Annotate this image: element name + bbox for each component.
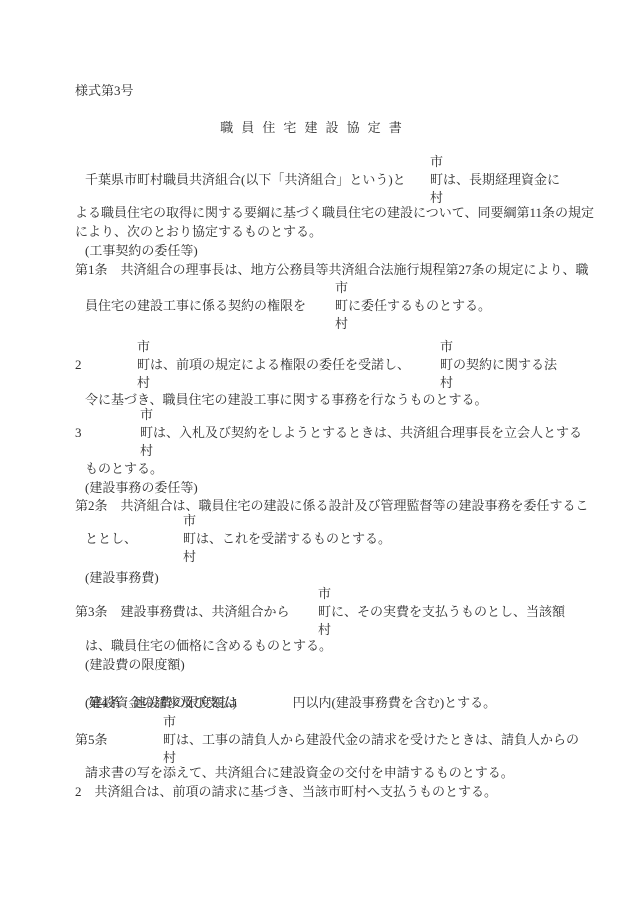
article-1-para-2: 2 市 町 村 は、前項の規定による権限の委任を受諾し、 市 町 村 の契約に関… [0,338,630,392]
municipality-option-cho: 町 [335,297,348,315]
preamble-line-2: よる職員住宅の取得に関する要綱に基づく職員住宅の建設について、同要綱第11条の規… [75,203,594,222]
paragraph-number: 3 [75,424,82,442]
article-4-text-cont: 円以内(建設事務費を含む)とする。 [293,695,497,710]
municipality-option-cho: 町 [163,731,176,749]
municipality-option-son: 村 [183,548,196,566]
municipality-selector: 市 町 村 [183,512,196,566]
municipality-option-shi: 市 [335,279,348,297]
article-3-text: 第3条 建設事務費は、共済組合から [75,603,290,621]
article-3-text-cont: に、その実費を支払うものとし、当該額 [331,603,565,621]
article-1-para-3-text: は、入札及び契約をしようとするときは、共済組合理事長を立会人とする [153,424,582,442]
municipality-option-shi: 市 [430,153,443,171]
article-1-para-2-text-cont: の契約に関する法 [453,356,557,374]
article-2-text: ととし、 [85,530,137,548]
article-1-text: 員住宅の建設工事に係る契約の権限を [85,297,306,315]
article-5-heading: (建設資金の請求及び支払) [85,693,237,712]
article-2-line-2: ととし、 市 町 村 は、これを受諾するものとする。 [0,512,630,566]
article-4-heading: (建設費の限度額) [85,655,185,674]
document-page: 様式第3号 職員住宅建設協定書 千葉県市町村職員共済組合(以下「共済組合」という… [0,0,630,915]
preamble-line-1: 千葉県市町村職員共済組合(以下「共済組合」という)と 市 町 村 は、長期経理資… [0,153,630,207]
municipality-option-cho: 町 [140,424,153,442]
paragraph-number: 2 [75,356,82,374]
municipality-selector: 市 町 村 [440,338,453,392]
article-3-line-1: 第3条 建設事務費は、共済組合から 市 町 村 に、その実費を支払うものとし、当… [0,585,630,639]
article-1-para-2-text: は、前項の規定による権限の委任を受諾し、 [150,356,410,374]
preamble-text: 千葉県市町村職員共済組合(以下「共済組合」という)と [85,171,406,189]
municipality-selector: 市 町 村 [335,279,348,333]
form-number: 様式第3号 [75,81,134,100]
municipality-option-cho: 町 [318,603,331,621]
municipality-option-shi: 市 [137,338,150,356]
municipality-selector: 市 町 村 [137,338,150,392]
article-5-line-1: 第5条 市 町 村 は、工事の請負人から建設代金の請求を受けたときは、請負人から… [0,713,630,767]
article-3-line-2: は、職員住宅の価格に含めるものとする。 [85,636,332,655]
article-1-para-3-line-2: ものとする。 [85,459,163,478]
municipality-option-shi: 市 [318,585,331,603]
article-1-line-2: 員住宅の建設工事に係る契約の権限を 市 町 村 に委任するものとする。 [0,279,630,333]
municipality-selector: 市 町 村 [318,585,331,639]
preamble-line-3: により、次のとおり協定するものとする。 [75,222,322,241]
article-1-line-1: 第1条 共済組合の理事長は、地方公務員等共済組合法施行規程第27条の規定により、… [75,260,589,279]
article-5-para-2: 2 共済組合は、前項の請求に基づき、当該市町村へ支払うものとする。 [75,782,497,801]
municipality-option-son: 村 [335,315,348,333]
article-5-number: 第5条 [75,731,108,749]
municipality-option-cho: 町 [137,356,150,374]
article-5-line-2: 請求書の写を添えて、共済組合に建設資金の交付を申請するものとする。 [85,763,514,782]
article-1-text-cont: に委任するものとする。 [348,297,491,315]
municipality-option-shi: 市 [163,713,176,731]
municipality-option-son: 村 [140,442,153,460]
article-5-text: は、工事の請負人から建設代金の請求を受けたときは、請負人からの [176,731,579,749]
municipality-option-shi: 市 [183,512,196,530]
municipality-option-cho: 町 [440,356,453,374]
municipality-selector: 市 町 村 [163,713,176,767]
article-2-text-cont: は、これを受諾するものとする。 [196,530,391,548]
municipality-option-cho: 町 [183,530,196,548]
article-1-para-3: 3 市 町 村 は、入札及び契約をしようとするときは、共済組合理事長を立会人とす… [0,406,630,460]
municipality-option-shi: 市 [140,406,153,424]
municipality-option-cho: 町 [430,171,443,189]
municipality-selector: 市 町 村 [140,406,153,460]
preamble-text-cont: は、長期経理資金に [443,171,560,189]
article-2-heading: (建設事務の委任等) [85,478,198,497]
municipality-selector: 市 町 村 [430,153,443,207]
document-title: 職員住宅建設協定書 [0,118,630,137]
article-1-heading: (工事契約の委任等) [85,241,198,260]
municipality-option-shi: 市 [440,338,453,356]
